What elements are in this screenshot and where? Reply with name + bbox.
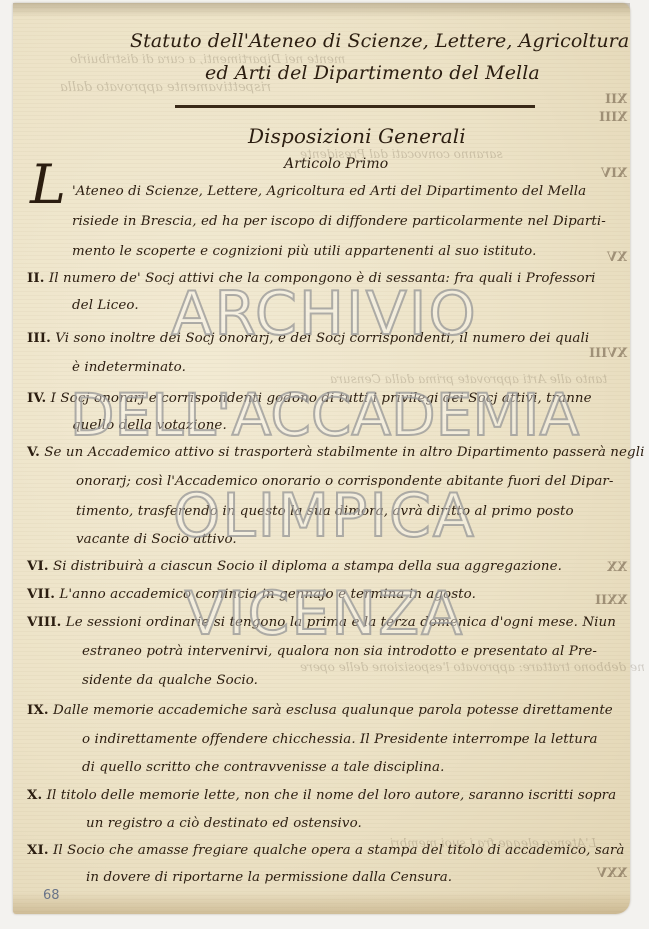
page-number: 68 [43, 888, 60, 903]
section-heading: Disposizioni Generali [248, 124, 466, 148]
article-heading: Articolo Primo [284, 156, 388, 172]
article-line: o indirettamente offendere chicchessia. … [82, 732, 598, 747]
bleedthrough-number: XIII [599, 110, 627, 125]
bleedthrough-number: XIV [601, 166, 627, 181]
watermark-line: ARCHIVIO [0, 284, 649, 344]
article-line: è indeterminato. [72, 360, 186, 375]
article-line: X. Il titolo delle memorie lette, non ch… [27, 787, 616, 803]
article-number: V. [27, 444, 40, 460]
article-line: VI. Si distribuirà a ciascun Socio il di… [27, 558, 562, 574]
watermark-line: VICENZA [0, 584, 649, 644]
bleedthrough-number: XX [607, 560, 627, 575]
article-number: XI. [27, 842, 49, 858]
article-line: mento le scoperte e cognizioni più utili… [72, 244, 536, 259]
document-title-line2: ed Arti del Dipartimento del Mella [205, 62, 540, 84]
article-number: IX. [27, 702, 49, 718]
article-line: sidente da qualche Socio. [82, 673, 258, 688]
article-line: un registro a ciò destinato ed ostensivo… [86, 816, 362, 831]
title-divider [175, 105, 535, 108]
drop-cap: L [30, 158, 66, 212]
bleedthrough-number: XXV [597, 866, 627, 881]
bleedthrough-number: XV [607, 250, 627, 265]
article-line: in dovere di riportarne la permissione d… [86, 870, 452, 885]
article-line: risiede in Brescia, ed ha per iscopo di … [72, 214, 606, 229]
article-number: VI. [27, 558, 49, 574]
article-line: 'Ateneo di Scienze, Lettere, Agricoltura… [72, 184, 586, 199]
watermark-line: DELL'ACCADEMIA [0, 386, 649, 444]
article-line: XI. Il Socio che amasse fregiare qualche… [27, 842, 625, 858]
article-number: X. [27, 787, 42, 803]
bleedthrough-number: XVIII [589, 346, 627, 361]
bleedthrough-number: XII [605, 92, 627, 107]
watermark-line: OLIMPICA [0, 486, 649, 546]
article-line: di quello scritto che contravvenisse a t… [82, 760, 444, 775]
article-line: IX. Dalle memorie accademiche sarà esclu… [27, 702, 613, 718]
bleedthrough-text: ve ne debbono trattare: approvato l'espo… [300, 660, 649, 674]
document-title-line1: Statuto dell'Ateneo di Scienze, Lettere,… [130, 30, 629, 52]
